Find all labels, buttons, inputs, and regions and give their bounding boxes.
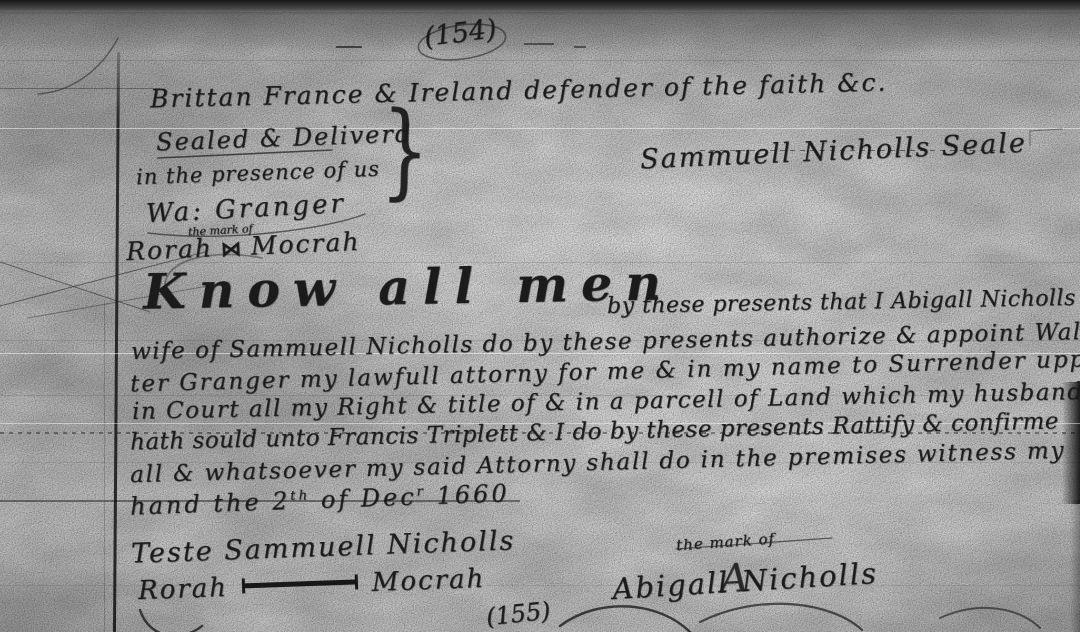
abigall-first-name: Abigall <box>611 565 730 606</box>
mark-of-note-2: the mark of <box>675 530 775 555</box>
dash-mark <box>574 46 586 48</box>
scratch-line <box>0 88 160 89</box>
dash-mark <box>336 46 362 48</box>
mocrah-name: Mocrah <box>371 564 485 598</box>
rorah-mocrah-signature: RorahMocrah <box>138 564 486 606</box>
rorah-mark-icon <box>244 579 356 588</box>
fold-line <box>113 52 120 632</box>
seal-signature: Sammuell Nicholls Seale <box>640 128 1028 176</box>
page-number-bottom: (155) <box>485 597 552 632</box>
year-text: 1660 <box>425 479 510 510</box>
mocrah-name: Mocrah <box>250 227 361 261</box>
abigall-signature: AbigallANicholls <box>611 548 879 609</box>
scratch-line <box>0 60 1080 61</box>
date-text: of Dec <box>310 483 417 515</box>
abigall-last-name: Nicholls <box>741 556 879 598</box>
abigall-mark-icon: A <box>719 556 752 603</box>
body-line-1: by these presents that I Abigall Nicholl… <box>607 286 1076 319</box>
month-superscript: r <box>416 484 426 499</box>
date-superscript: th <box>290 488 310 504</box>
fold-line-faint <box>104 300 105 632</box>
scanned-document-page: (154) Brittan France & Ireland defender … <box>0 0 1080 632</box>
sealed-delivered-line: Sealed & Deliverd <box>156 120 413 157</box>
teste-line: Teste Sammuell Nicholls <box>131 525 516 569</box>
page-number-top: (154) <box>422 14 498 54</box>
dash-mark <box>524 43 554 45</box>
body-opening-words: Know all men <box>143 253 675 320</box>
rorah-name: Rorah <box>138 573 229 606</box>
rorah-cross-mark-icon: ⋈ <box>220 236 243 261</box>
presence-line: in the presence of us <box>136 157 381 189</box>
royal-style-line: Brittan France & Ireland defender of the… <box>150 68 888 114</box>
top-exposure-band <box>0 0 1080 15</box>
date-text: hand the 2 <box>130 487 291 521</box>
witness-brace-glyph: } <box>380 103 430 199</box>
top-shadow-band <box>0 12 1080 52</box>
right-edge-shade <box>1070 500 1080 632</box>
